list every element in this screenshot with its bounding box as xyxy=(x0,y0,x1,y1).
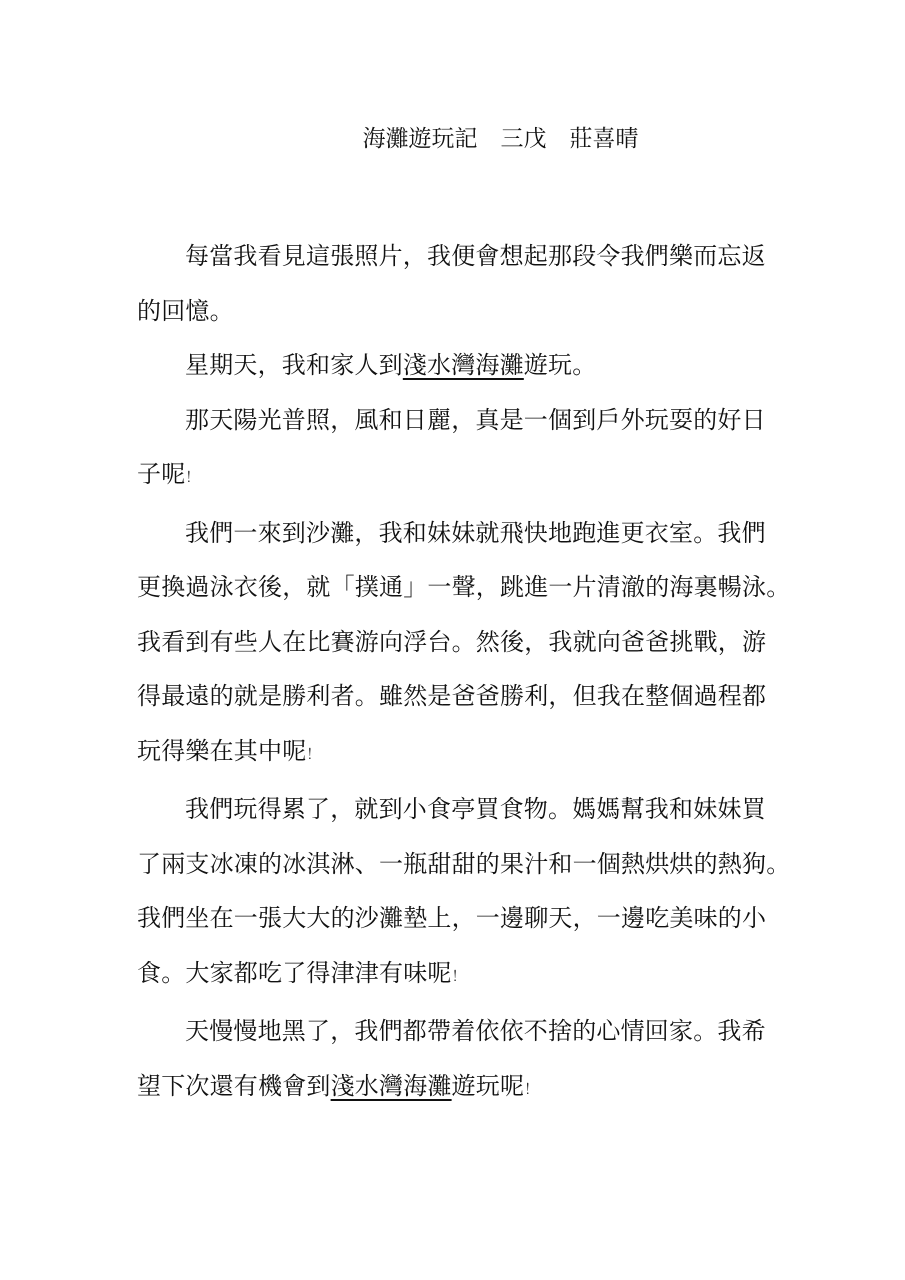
text-line: 得最遠的就是勝利者。雖然是爸爸勝利，但我在整個過程都 xyxy=(137,669,797,724)
text-line: 我看到有些人在比賽游向浮台。然後，我就向爸爸挑戰，游 xyxy=(137,615,797,670)
text-segment: 遊玩呢 xyxy=(452,1072,525,1100)
paragraph-3: 那天陽光普照，風和日麗，真是一個到戶外玩耍的好日子呢！ xyxy=(137,393,797,506)
text-line: 的回憶。 xyxy=(137,284,797,339)
text-line: 每當我看見這張照片，我便會想起那段令我們樂而忘返 xyxy=(137,229,797,284)
essay-body: 每當我看見這張照片，我便會想起那段令我們樂而忘返的回憶。 星期天，我和家人到淺水… xyxy=(137,229,797,1117)
document-page: 海灘遊玩記 三戊 莊喜晴 每當我看見這張照片，我便會想起那段令我們樂而忘返的回憶… xyxy=(0,0,905,1280)
text-line: 食。大家都吃了得津津有味呢！ xyxy=(137,946,797,1005)
paragraph-2: 星期天，我和家人到淺水灣海灘遊玩。 xyxy=(137,338,797,393)
text-line: 了兩支冰凍的冰淇淋、一瓶甜甜的果汁和一個熱烘烘的熱狗。 xyxy=(137,837,797,892)
text-line: 子呢！ xyxy=(137,447,797,506)
essay-title: 海灘遊玩記 三戊 莊喜晴 xyxy=(0,122,905,156)
paragraph-4: 我們一來到沙灘，我和妹妹就飛快地跑進更衣室。我們更換過泳衣後，就「撲通」一聲，跳… xyxy=(137,506,797,783)
exclamation-mark: ！ xyxy=(185,470,199,486)
text-line: 那天陽光普照，風和日麗，真是一個到戶外玩耍的好日 xyxy=(137,393,797,448)
text-line: 玩得樂在其中呢！ xyxy=(137,724,797,783)
place-name-underlined: 淺水灣海灘 xyxy=(331,1072,452,1100)
text-segment: 食。大家都吃了得津津有味呢 xyxy=(137,959,452,987)
text-segment: 子呢 xyxy=(137,460,185,488)
text-line: 更換過泳衣後，就「撲通」一聲，跳進一片清澈的海裏暢泳。 xyxy=(137,560,797,615)
text-line: 我們坐在一張大大的沙灘墊上，一邊聊天，一邊吃美味的小 xyxy=(137,891,797,946)
text-line: 天慢慢地黑了，我們都帶着依依不捨的心情回家。我希 xyxy=(137,1004,797,1059)
place-name-underlined: 淺水灣海灘 xyxy=(403,351,524,379)
text-segment: 玩得樂在其中呢 xyxy=(137,737,306,765)
paragraph-6: 天慢慢地黑了，我們都帶着依依不捨的心情回家。我希望下次還有機會到淺水灣海灘遊玩呢… xyxy=(137,1004,797,1117)
text-line: 望下次還有機會到淺水灣海灘遊玩呢！ xyxy=(137,1059,797,1118)
text-line: 我們玩得累了，就到小食亭買食物。媽媽幫我和妹妹買 xyxy=(137,782,797,837)
text-segment: 遊玩。 xyxy=(524,351,597,379)
text-line: 我們一來到沙灘，我和妹妹就飛快地跑進更衣室。我們 xyxy=(137,506,797,561)
paragraph-1: 每當我看見這張照片，我便會想起那段令我們樂而忘返的回憶。 xyxy=(137,229,797,338)
text-segment: 望下次還有機會到 xyxy=(137,1072,331,1100)
text-segment: 星期天，我和家人到 xyxy=(185,351,403,379)
exclamation-mark: ！ xyxy=(524,1082,538,1098)
exclamation-mark: ！ xyxy=(452,969,466,985)
text-line: 星期天，我和家人到淺水灣海灘遊玩。 xyxy=(137,338,797,393)
paragraph-5: 我們玩得累了，就到小食亭買食物。媽媽幫我和妹妹買了兩支冰凍的冰淇淋、一瓶甜甜的果… xyxy=(137,782,797,1004)
exclamation-mark: ！ xyxy=(306,747,320,763)
